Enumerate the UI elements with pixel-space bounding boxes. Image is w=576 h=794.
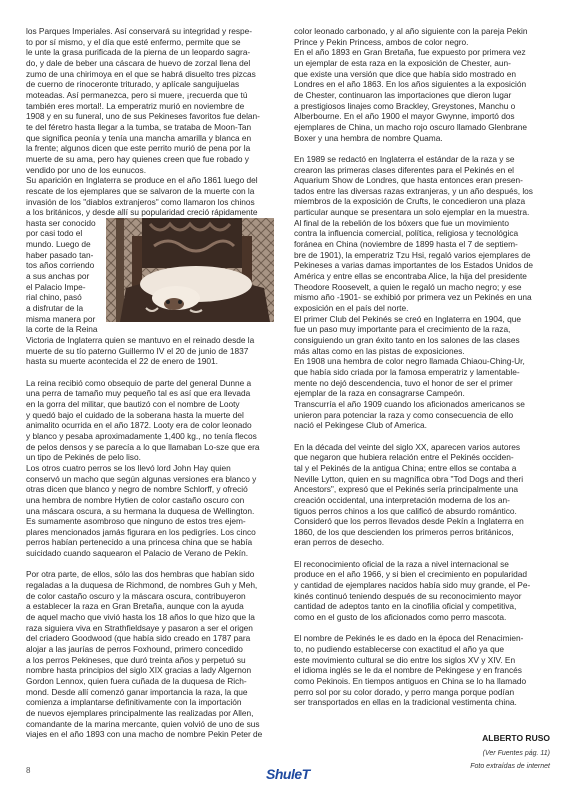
text-line: En 1908 una hembra de color negro llamad…	[294, 356, 550, 367]
text-line: a los británicos, y desde allí su popula…	[26, 207, 288, 218]
text-line: a establecer la raza en Gran Bretaña, au…	[26, 601, 288, 612]
text-line: El reconocimiento oficial de la raza a n…	[294, 559, 550, 570]
sources-reference: (Ver Fuentes pág. 11)	[483, 750, 550, 757]
pekingese-photo	[106, 218, 274, 322]
text-line: haber pasado tan-	[26, 250, 104, 261]
text-line: miembros de la exposición de Crufts, le …	[294, 196, 550, 207]
right-para-4: El reconocimiento oficial de la raza a n…	[294, 559, 550, 623]
text-line: alojar a las jaurías de perros Foxhound,…	[26, 644, 288, 655]
text-line: En la década del veinte del siglo XX, ap…	[294, 442, 550, 453]
text-line: de cuerno de rinoceronte triturado, y ap…	[26, 79, 288, 90]
text-line: perro sol por su color dorado, y perro m…	[294, 687, 550, 698]
text-line: Su aparición en Inglaterra se produce en…	[26, 175, 288, 186]
right-para-5: El nombre de Pekinés le es dado en la ép…	[294, 633, 550, 708]
text-line: tal y el Pekinés de la antigua China; en…	[294, 463, 550, 474]
text-line: kinés continuó teniendo después de su re…	[294, 591, 550, 602]
right-para-3: En la década del veinte del siglo XX, ap…	[294, 442, 550, 549]
text-line: la frente; algunos dicen que este perrit…	[26, 143, 288, 154]
text-line: regaladas a la duquesa de Richmond, de n…	[26, 580, 288, 591]
text-line: Prince y Pekin Princess, ambos de color …	[294, 37, 550, 48]
text-line: este movimiento cultural se dio entre lo…	[294, 655, 550, 666]
text-line: unieron para potenciar la raza y como co…	[294, 410, 550, 421]
left-para-1: los Parques Imperiales. Así conservará s…	[26, 26, 288, 218]
text-line: más altas como en las pistas de exposici…	[294, 346, 550, 357]
text-line: ser transportados en ellas en la tradici…	[294, 697, 550, 708]
text-line: invasión de los "diablos extranjeros" co…	[26, 197, 288, 208]
text-line: moteadas. Así permanezca, pero si muere,…	[26, 90, 288, 101]
text-line: que existe una versión que dice que habí…	[294, 69, 550, 80]
text-line: contra la influencia comercial, política…	[294, 228, 550, 239]
text-line: los Parques Imperiales. Así conservará s…	[26, 26, 288, 37]
text-line: perros habían pertenecido a una princesa…	[26, 537, 288, 548]
text-line: hasta ser conocido	[26, 218, 104, 229]
text-line: Gordon Lennox, quien fuera cuñada de la …	[26, 676, 288, 687]
text-line: consiguiendo un gran éxito tanto en los …	[294, 335, 550, 346]
text-line: vendido por uno de los eunucos.	[26, 165, 288, 176]
text-line: una hembra de nombre Hytien de color cas…	[26, 495, 288, 506]
text-line: le unte la grasa purificada de la pierna…	[26, 47, 288, 58]
author-name: ALBERTO RUSO	[482, 733, 550, 743]
right-para-2: En 1989 se redactó en Inglaterra el está…	[294, 154, 550, 431]
text-line: Al final de la rebelión de los bóxers qu…	[294, 218, 550, 229]
text-line: como Pekinois. En tiempos antiguos en Ch…	[294, 676, 550, 687]
text-line: produce en el año 1966, y si bien el cre…	[294, 569, 550, 580]
text-line: tos años corriendo	[26, 260, 104, 271]
text-line: zumo de una chirimoya en el que se habrá…	[26, 69, 288, 80]
text-line: Boxer y una hembra de nombre Quama.	[294, 133, 550, 144]
text-line: a sus anchas por	[26, 271, 104, 282]
text-line: El nombre de Pekinés le es dado en la ép…	[294, 633, 550, 644]
text-line: un ejemplar de esta raza en la exposició…	[294, 58, 550, 69]
text-line: Transcurría el año 1909 cuando los afici…	[294, 399, 550, 410]
text-line: Los otros cuatro perros se los llevó lor…	[26, 463, 288, 474]
text-line: comandante de la marina mercante, quien …	[26, 719, 288, 730]
text-line: una perra de tamaño muy pequeño tal es a…	[26, 388, 288, 399]
text-line: mond. Desde allí comenzó ganar importanc…	[26, 687, 288, 698]
text-line: por casi todo el	[26, 228, 104, 239]
text-line: también eres mortal!. La emperatriz muri…	[26, 101, 288, 112]
text-line: 1908 y en su funeral, uno de sus Pekines…	[26, 111, 288, 122]
text-line: creación occidental, una interpretación …	[294, 495, 550, 506]
text-line: el idioma inglés se le da el nombre de P…	[294, 665, 550, 676]
text-line: Theodore Roosevelt, a quien le regaló un…	[294, 282, 550, 293]
text-line: En el año 1893 en Gran Bretaña, fue expu…	[294, 47, 550, 58]
text-line: de color castaño oscuro y la máscara osc…	[26, 591, 288, 602]
text-line: viajes en el año 1893 con una macho de n…	[26, 729, 288, 740]
text-line: en la gorra del militar, que bautizó con…	[26, 399, 288, 410]
text-line: de aquel macho que vivió hasta los 18 añ…	[26, 612, 288, 623]
text-line: la corte de la Reina	[26, 324, 104, 335]
text-line: hasta su muerte acontecida el 22 de ener…	[26, 356, 288, 367]
text-line: eran perros de desecho.	[294, 537, 550, 548]
text-line: misma manera por	[26, 314, 104, 325]
text-line: mismo año -1901- se exhibió por primera …	[294, 292, 550, 303]
text-line: Pekineses a varias damas importantes de …	[294, 260, 550, 271]
photo-wrap-section: hasta ser conocidopor casi todo elmundo.…	[26, 218, 288, 335]
left-para-1-end: Victoria de Inglaterra quien se mantuvo …	[26, 335, 288, 367]
left-para-3: Por otra parte, de ellos, sólo las dos h…	[26, 569, 288, 740]
text-line: una máscara oscura, a su hermana la duqu…	[26, 506, 288, 517]
right-para-1: color leonado carbonado, y al año siguie…	[294, 26, 550, 143]
text-line: crearon las primeras clases diferentes p…	[294, 165, 550, 176]
text-line: raza siguiera viva en Strathfieldsaye y …	[26, 623, 288, 634]
text-line: El primer Club del Pekinés se creó en In…	[294, 314, 550, 325]
text-line: tiguos perros chinos a los que calificó …	[294, 506, 550, 517]
text-line: a disfrutar de la	[26, 303, 104, 314]
text-line: América y entre ellas se encontraba Alic…	[294, 271, 550, 282]
text-line: Neville Lytton, quien en su magnífica ob…	[294, 474, 550, 485]
text-line: Aquarium Show de Londres, que hasta ento…	[294, 175, 550, 186]
text-line: En 1989 se redactó en Inglaterra el está…	[294, 154, 550, 165]
text-line: de pelos densos y se parecía a lo que ll…	[26, 442, 288, 453]
text-line: La reina recibió como obsequio de parte …	[26, 378, 288, 389]
text-line: ejemplares de China, un macho rojo oscur…	[294, 122, 550, 133]
text-line: comienza a implantarse definitivamente c…	[26, 697, 288, 708]
text-line: tados entre las diversas razas extranjer…	[294, 186, 550, 197]
text-line: cantidad de adeptos tanto en la cinofili…	[294, 601, 550, 612]
text-line: particular aunque se presentara un solo …	[294, 207, 550, 218]
text-line: de nuevos ejemplares principalmente las …	[26, 708, 288, 719]
text-line: el Palacio Impe-	[26, 282, 104, 293]
text-line: conservó un macho que según algunas vers…	[26, 474, 288, 485]
text-line: un tipo de Pekinés de pelo liso.	[26, 452, 288, 463]
text-line: rial chino, pasó	[26, 292, 104, 303]
text-line: Consideró que los perros llevados desde …	[294, 516, 550, 527]
text-line: rescate de los ejemplares que se salvaro…	[26, 186, 288, 197]
text-line: que significa peonía y tenía una mancha …	[26, 133, 288, 144]
text-line: nombre hasta principios del siglo XIX gr…	[26, 665, 288, 676]
text-line: to por sí mismo, y el día que esté enfer…	[26, 37, 288, 48]
text-line: que negaron que hubiera relación entre e…	[294, 452, 550, 463]
text-line: a prestigiosos linajes como Brackley, Gr…	[294, 101, 550, 112]
text-line: y blanco y pesaba aproximadamente 1,400 …	[26, 431, 288, 442]
text-line: do, y dale de beber una cáscara de huevo…	[26, 58, 288, 69]
text-line: nació el Pekingese Club of America.	[294, 420, 550, 431]
text-line: to, no pudiendo establecerse con exactit…	[294, 644, 550, 655]
text-line: mente no dejó descendencia, tuvo el hono…	[294, 378, 550, 389]
text-line: y quedó bajo el cuidado de la soberana h…	[26, 410, 288, 421]
text-line: color leonado carbonado, y al año siguie…	[294, 26, 550, 37]
text-line: del criadero Goodwood (que había sido cr…	[26, 633, 288, 644]
text-line: Londres en el año 1863. En los años sigu…	[294, 79, 550, 90]
text-line: plares mencionados jamás figurara en los…	[26, 527, 288, 538]
left-column: los Parques Imperiales. Así conservará s…	[26, 26, 288, 740]
text-line: muerte de su tío paterno Guillermo IV el…	[26, 346, 288, 357]
right-column: color leonado carbonado, y al año siguie…	[294, 26, 550, 708]
text-line: exposición en el país del norte.	[294, 303, 550, 314]
text-line: fue un paso muy importante para el creci…	[294, 324, 550, 335]
photo-credit: Foto extraídas de internet	[470, 763, 550, 770]
text-line: foránea en China (noviembre de 1899 hast…	[294, 239, 550, 250]
text-line: bre de 1901), la emperatriz Tzu Hsi, reg…	[294, 250, 550, 261]
left-para-1-wrap: hasta ser conocidopor casi todo elmundo.…	[26, 218, 104, 335]
text-line: otras dicen que blanco y negro de nombre…	[26, 484, 288, 495]
text-line: animalito ocurrida en el año 1872. Looty…	[26, 420, 288, 431]
text-line: de Chester, continuaron las importacione…	[294, 90, 550, 101]
text-line: Alberbourne. En el año 1900 el mayor Gwy…	[294, 111, 550, 122]
dog-on-chair-image-icon	[106, 218, 274, 322]
left-para-2: La reina recibió como obsequio de parte …	[26, 378, 288, 559]
text-line: Victoria de Inglaterra quien se mantuvo …	[26, 335, 288, 346]
shulet-logo: ShuleT	[266, 766, 310, 782]
text-line: y cantidad de ejemplares nacidos había s…	[294, 580, 550, 591]
text-line: mundo. Luego de	[26, 239, 104, 250]
text-line: 1860, de los que descienden los primeros…	[294, 527, 550, 538]
page-number: 8	[26, 766, 30, 775]
text-line: que había sido criada por la famosa empe…	[294, 367, 550, 378]
text-line: ejemplar de la raza en consagrarse Campe…	[294, 388, 550, 399]
text-line: a los perros Pekineses, que duró treinta…	[26, 655, 288, 666]
text-line: como en el gusto de los aficionados como…	[294, 612, 550, 623]
text-line: muerte de su ama, pero hay quienes creen…	[26, 154, 288, 165]
text-line: Ancestors", expresó que el Pekinés sería…	[294, 484, 550, 495]
text-line: suicidado cuando saquearon el Palacio de…	[26, 548, 288, 559]
text-line: Por otra parte, de ellos, sólo las dos h…	[26, 569, 288, 580]
text-line: te del féretro hasta llegar a la tumba, …	[26, 122, 288, 133]
text-line: Es sumamente asombroso que ninguno de es…	[26, 516, 288, 527]
